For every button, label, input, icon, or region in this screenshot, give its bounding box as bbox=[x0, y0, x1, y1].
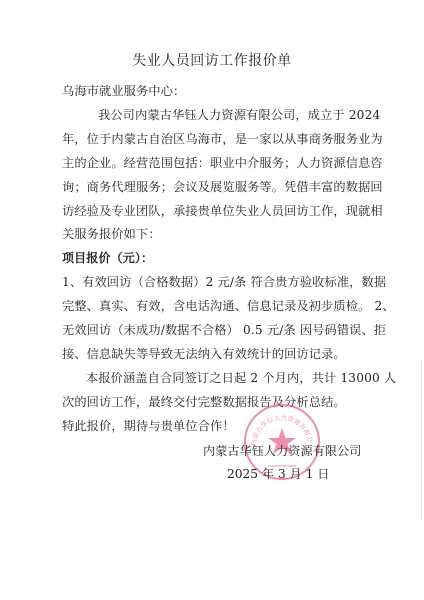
section-heading: 项目报价（元）： bbox=[62, 249, 153, 266]
intro-line-3: 主的企业。经营范围包括：职业中介服务；人力资源信息咨 bbox=[62, 154, 383, 171]
scope-line-1: 本报价涵盖自合同签订之日起 2 个月内，共计 13000 人 bbox=[86, 369, 396, 386]
page-edge-line bbox=[421, 360, 422, 520]
item-line-4: 接、信息缺失等导致无法纳入有效统计的回访记录。 bbox=[62, 345, 346, 362]
document-page: 失业人员回访工作报价单 乌海市就业服务中心： 我公司内蒙古华钰人力资源有限公司，… bbox=[0, 0, 424, 600]
item-line-2: 完整、真实、有效，含电话沟通、信息记录及初步质检。 2、 bbox=[62, 297, 395, 314]
recipient-line: 乌海市就业服务中心： bbox=[62, 82, 185, 99]
intro-line-6: 关服务报价如下： bbox=[62, 225, 161, 242]
closing-line: 特此报价，期待与贵单位合作！ bbox=[62, 417, 235, 434]
intro-line-5: 访经验及专业团队，承接贵单位失业人员回访工作，现就相 bbox=[62, 202, 383, 219]
intro-line-1: 我公司内蒙古华钰人力资源有限公司，成立于 2024 bbox=[98, 106, 380, 123]
item-line-3: 无效回访（未成功/数据不合格） 0.5 元/条 因号码错误、拒 bbox=[62, 321, 386, 338]
signature-date: 2025 年 3 月 1 日 bbox=[227, 465, 329, 482]
intro-line-4: 询；商务代理服务；会议及展览服务等。凭借丰富的数据回 bbox=[62, 178, 383, 195]
item-line-1: 1、有效回访（合格数据）2 元/条 符合贵方验收标准，数据 bbox=[62, 273, 386, 290]
intro-line-2: 年，位于内蒙古自治区乌海市，是一家以从事商务服务业为 bbox=[62, 130, 383, 147]
signature-company: 内蒙古华钰人力资源有限公司 bbox=[203, 442, 361, 459]
document-title: 失业人员回访工作报价单 bbox=[0, 50, 424, 70]
